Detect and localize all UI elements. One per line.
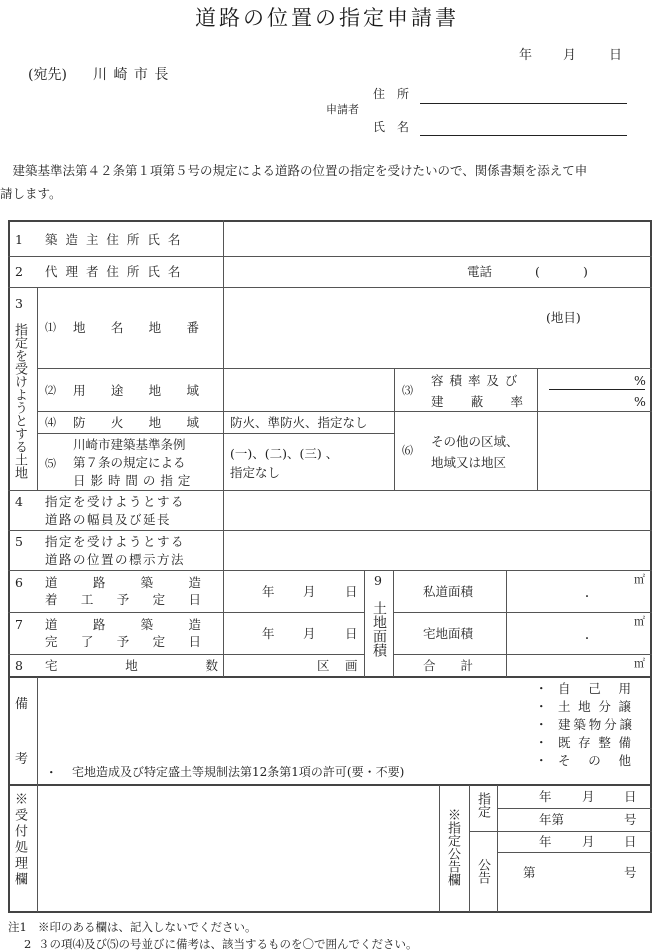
row3-group-label: 指定を受けようとする土地 — [13, 323, 26, 488]
designation-notice-label: ※指定公告欄 — [446, 808, 459, 908]
lot-count-field[interactable]: 区 画 — [225, 655, 363, 675]
row2-number: 2 — [15, 264, 23, 280]
row-divider — [37, 433, 395, 434]
name-label: 氏 名 — [373, 120, 409, 134]
sub6-label-line1: その他の区域、 — [431, 434, 519, 450]
row1-number: 1 — [15, 232, 23, 248]
construction-completion-date-field[interactable]: 年 月 日 — [225, 613, 363, 653]
remarks-label-top: 備 — [15, 697, 28, 713]
public-notice-sub-label: 公告 — [476, 858, 489, 894]
row7-label-line2: 完 了 予 定 日 — [45, 634, 201, 649]
row6-number: 6 — [15, 575, 23, 591]
phone-paren-close: ) — [583, 264, 588, 280]
phone-paren-open: ( — [535, 264, 540, 280]
bcr-unit: % — [634, 394, 646, 410]
addressee: 川 崎 市 長 — [93, 67, 169, 84]
row2-label: 代 理 者 住 所 氏 名 — [45, 264, 182, 280]
shadow-time-options-line1[interactable]: (一)、(二)、(三) 、 — [230, 446, 338, 462]
col-divider — [506, 570, 507, 677]
applicant-name-field[interactable] — [420, 117, 626, 135]
note1-number: 注1 — [8, 920, 27, 934]
sub1-label: 地 名 地 番 — [73, 320, 199, 335]
row8-label: 宅 地 数 — [45, 658, 218, 673]
permit-required-text: 宅地造成及び特定盛土等規制法第12条第1項の許可(要・不要) — [72, 765, 404, 780]
col-divider — [393, 570, 394, 677]
row4-label-line2: 道路の幅員及び延長 — [45, 512, 171, 528]
address-underline — [420, 103, 627, 104]
builder-address-name-field[interactable] — [225, 222, 649, 255]
designation-date-field: 年 月 日 — [499, 786, 650, 807]
col-divider — [364, 570, 365, 677]
sub5-label-line1: 川崎市建築基準条例 — [73, 437, 186, 453]
intro-text-line1: 建築基準法第４２条第１項第５号の規定による道路の位置の指定を受けたいので、関係書… — [0, 163, 587, 178]
col-divider — [469, 785, 470, 912]
sub4-label: 防 火 地 域 — [73, 415, 199, 430]
col-divider — [439, 785, 440, 912]
name-underline — [420, 135, 627, 136]
total-area-label: 合 計 — [423, 658, 473, 673]
floor-area-ratio-field[interactable] — [539, 369, 649, 389]
col-divider — [394, 368, 395, 490]
sub3-label-line2: 建 蔽 率 — [431, 394, 523, 409]
applicant-label: 申請者 — [326, 103, 359, 116]
other-zone-field[interactable] — [539, 412, 649, 489]
row6-label-line2: 着 工 予 定 日 — [45, 592, 201, 607]
private-road-area-field[interactable]: ㎡ ・ — [508, 571, 649, 611]
row7-number: 7 — [15, 617, 23, 633]
date-year-label: 年 — [519, 48, 532, 64]
sub6-label-line2: 地域又は地区 — [431, 455, 506, 471]
shadow-time-options-line2[interactable]: 指定なし — [230, 465, 280, 481]
use-district-field[interactable] — [225, 369, 393, 410]
construction-start-date-field[interactable]: 年 月 日 — [225, 571, 363, 611]
lot-name-number-field[interactable] — [225, 288, 649, 367]
col-divider — [223, 220, 224, 677]
row5-label-line2: 道路の位置の標示方法 — [45, 552, 185, 568]
phone-field[interactable] — [545, 258, 581, 284]
sub5-label-line2: 第７条の規定による — [73, 455, 186, 471]
note2-text: ３の項⑷及び⑸の号並びに備考は、該当するものを〇で囲んでください。 — [38, 937, 418, 950]
notice-date-field: 年 月 日 — [499, 832, 650, 851]
road-position-marking-field[interactable] — [225, 531, 649, 569]
phone-label: 電話 — [467, 264, 492, 280]
row-divider — [8, 676, 652, 678]
table-border-bottom — [8, 911, 652, 913]
col-divider — [537, 368, 538, 490]
remarks-label-bottom: 考 — [15, 752, 28, 768]
row9-number: 9 — [374, 573, 382, 589]
sub2-label: 用 途 地 域 — [73, 383, 199, 398]
reception-processing-field — [39, 786, 438, 910]
note1-text: ※印のある欄は、記入しないでください。 — [38, 920, 257, 934]
row1-label: 築 造 主 住 所 氏 名 — [45, 232, 182, 248]
address-label: 住 所 — [373, 87, 409, 101]
far-unit: % — [634, 373, 646, 389]
row5-number: 5 — [15, 534, 23, 550]
row6-label-line1: 道 路 築 造 — [45, 575, 201, 590]
sub2-number: ⑵ — [45, 384, 56, 398]
sub1-number: ⑴ — [45, 321, 56, 335]
sub5-label-line3: 日 影 時 間 の 指 定 — [73, 473, 191, 489]
row9-group-label: 土地面積 — [372, 601, 386, 673]
designation-sub-label: 指定 — [476, 792, 489, 828]
sub3-number: ⑶ — [402, 384, 413, 398]
sub5-number: ⑸ — [45, 457, 56, 471]
row4-number: 4 — [15, 494, 23, 510]
page-title: 道路の位置の指定申請書 — [0, 2, 654, 32]
intro-text-line2: 請します。 — [0, 186, 62, 201]
table-border-left — [8, 220, 10, 912]
note2-number: 2 — [24, 937, 31, 950]
road-width-length-field[interactable] — [225, 491, 649, 529]
row4-label-line1: 指定を受けようとする — [45, 494, 185, 510]
fire-prevention-options[interactable]: 防火、準防火、指定なし — [230, 415, 368, 431]
date-day-label: 日 — [609, 48, 622, 64]
sub4-number: ⑷ — [45, 416, 56, 430]
land-category-note: (地目) — [546, 310, 581, 326]
row8-number: 8 — [15, 658, 23, 674]
addressee-label: (宛先) — [28, 67, 67, 84]
date-month-label: 月 — [563, 48, 576, 64]
private-road-area-label: 私道面積 — [423, 584, 473, 600]
row7-label-line1: 道 路 築 造 — [45, 617, 201, 632]
row-divider — [37, 411, 395, 412]
designation-number-field: 年第 号 — [499, 809, 650, 830]
residential-area-field[interactable]: ㎡ ・ — [508, 613, 649, 653]
notice-number-field: 第 号 — [499, 853, 650, 910]
building-coverage-ratio-field[interactable] — [539, 390, 649, 410]
residential-area-label: 宅地面積 — [423, 626, 473, 642]
col-divider — [37, 677, 38, 912]
col-divider — [37, 287, 38, 490]
total-area-field[interactable]: ㎡ — [508, 655, 649, 675]
sub6-number: ⑹ — [402, 444, 413, 458]
col-divider — [497, 785, 498, 912]
applicant-address-field[interactable] — [420, 84, 626, 102]
reception-label: ※受付処理欄 — [13, 792, 26, 907]
sub3-label-line1: 容 積 率 及 び — [431, 373, 518, 389]
row3-number: 3 — [15, 296, 23, 312]
row5-label-line1: 指定を受けようとする — [45, 534, 185, 550]
